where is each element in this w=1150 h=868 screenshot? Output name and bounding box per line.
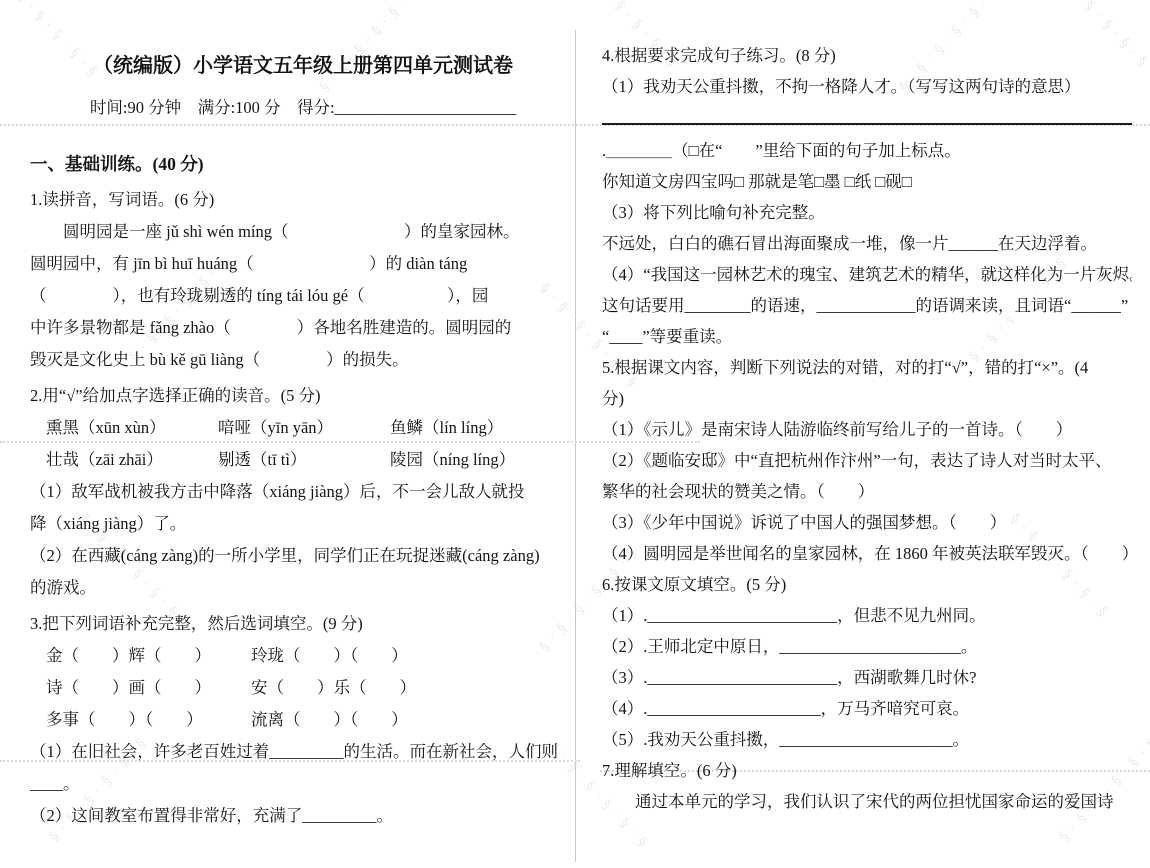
text-line: （1）《示儿》是南宋诗人陆游临终前写给儿子的一首诗。（ ） — [602, 414, 1132, 445]
q7-body: 通过本单元的学习，我们认识了宋代的两位担忧国家命运的爱国诗 — [602, 786, 1132, 817]
left-column: （统编版）小学语文五年级上册第四单元测试卷 时间:90 分钟 满分:100 分 … — [30, 44, 576, 832]
q5-body: 5.根据课文内容，判断下列说法的对错，对的打“√”，错的打“×”。(4分)（1）… — [602, 352, 1132, 569]
word-row: 金（ ）辉（ ）玲珑（ ）（ ） — [46, 640, 576, 672]
text-line: （2）.王师北定中原日，______________________。 — [602, 631, 1132, 662]
text-line: （4）圆明园是举世闻名的皇家园林，在 1860 年被英法联军毁灭。（ ） — [602, 538, 1132, 569]
text-line: 5.根据课文内容，判断下列说法的对错，对的打“√”，错的打“×”。(4 — [602, 352, 1132, 383]
text-line: （2）《题临安邸》中“直把杭州作汴州”一句，表达了诗人对当时太平、 — [602, 445, 1132, 476]
text-line: ____。 — [30, 768, 576, 800]
text-line: 圆明园是一座 jǔ shì wén míng（ ）的皇家园林。 — [30, 216, 576, 248]
text-line: （2）这间教室布置得非常好，充满了_________。 — [30, 800, 576, 832]
text-line: （1）._______________________，但悲不见九州同。 — [602, 600, 1132, 631]
text-line: 繁华的社会现状的赞美之情。（ ） — [602, 476, 1132, 507]
word-cell: 玲珑（ ）（ ） — [251, 640, 408, 672]
text-line: （1）在旧社会，许多老百姓过着_________的生活。而在新社会，人们则 — [30, 736, 576, 768]
text-line: （4）“我国这一园林艺术的瑰宝、建筑艺术的精华，就这样化为一片灰烬。” — [602, 259, 1132, 290]
exam-info-line: 时间:90 分钟 满分:100 分 得分:___________________… — [30, 88, 576, 128]
q3-word-rows: 金（ ）辉（ ）玲珑（ ）（ ）诗（ ）画（ ）安（ ）乐（ ）多事（ ）（ ）… — [30, 640, 576, 736]
right-column: 4.根据要求完成句子练习。(8 分) （1）我劝天公重抖擞，不拘一格降人才。（写… — [602, 40, 1132, 817]
q6-heading: 6.按课文原文填空。(5 分) — [602, 569, 1132, 600]
text-line: 圆明园中，有 jīn bì huī huáng（ ）的 diàn táng — [30, 248, 576, 280]
text-line: 分) — [602, 383, 1132, 414]
word-cell: 多事（ ）（ ） — [46, 704, 251, 736]
word-row: 熏黑（xūn xùn）喑哑（yīn yān）鱼鳞（lín líng） — [46, 412, 576, 444]
text-line: （1）我劝天公重抖擞，不拘一格降人才。（写写这两句诗的意思） — [602, 71, 1132, 102]
q2-heading: 2.用“√”给加点字选择正确的读音。(5 分) — [30, 380, 576, 412]
text-line: （3）《少年中国说》诉说了中国人的强国梦想。（ ） — [602, 507, 1132, 538]
answer-rule-line — [602, 102, 1132, 125]
word-cell: 喑哑（yīn yān） — [218, 412, 390, 444]
q6-body: （1）._______________________，但悲不见九州同。（2）.… — [602, 600, 1132, 755]
page-title: （统编版）小学语文五年级上册第四单元测试卷 — [30, 44, 576, 88]
word-cell: 金（ ）辉（ ） — [46, 640, 251, 672]
q1-body: 圆明园是一座 jǔ shì wén míng（ ）的皇家园林。圆明园中，有 jī… — [30, 216, 576, 376]
word-row: 壮哉（zāi zhāi）剔透（tī tì）陵园（níng líng） — [46, 444, 576, 476]
word-cell: 陵园（níng líng） — [390, 444, 515, 476]
text-line: 的游戏。 — [30, 572, 576, 604]
word-row: 多事（ ）（ ）流离（ ）（ ） — [46, 704, 576, 736]
q4-body: （1）我劝天公重抖擞，不拘一格降人才。（写写这两句诗的意思）.＿＿＿＿（□在“ … — [602, 71, 1132, 352]
text-line: 这句话要用________的语速，____________的语调来读，且词语“_… — [602, 290, 1132, 321]
q3-heading: 3.把下列词语补充完整，然后选词填空。(9 分) — [30, 608, 576, 640]
text-line: （1）敌军战机被我方击中降落（xiáng jiàng）后，不一会儿敌人就投 — [30, 476, 576, 508]
word-cell: 安（ ）乐（ ） — [251, 672, 416, 704]
text-line: 你知道文房四宝吗□ 那就是笔□墨 □纸 □砚□ — [602, 166, 1132, 197]
text-line: （5）.我劝天公重抖擞，_____________________。 — [602, 724, 1132, 755]
word-cell: 剔透（tī tì） — [218, 444, 390, 476]
q2-items: （1）敌军战机被我方击中降落（xiáng jiàng）后，不一会儿敌人就投降（x… — [30, 476, 576, 604]
text-line: 毁灭是文化史上 bù kě gū liàng（ ）的损失。 — [30, 344, 576, 376]
q3-items: （1）在旧社会，许多老百姓过着_________的生活。而在新社会，人们则___… — [30, 736, 576, 832]
text-line: （3）._______________________，西湖歌舞几时休? — [602, 662, 1132, 693]
text-line: “____”等要重读。 — [602, 321, 1132, 352]
text-line: （3）将下列比喻句补充完整。 — [602, 197, 1132, 228]
q7-heading: 7.理解填空。(6 分) — [602, 755, 1132, 786]
word-cell: 壮哉（zāi zhāi） — [46, 444, 218, 476]
text-line: （2）在西藏(cáng zàng)的一所小学里，同学们正在玩捉迷藏(cáng z… — [30, 540, 576, 572]
word-cell: 熏黑（xūn xùn） — [46, 412, 218, 444]
text-line: 通过本单元的学习，我们认识了宋代的两位担忧国家命运的爱国诗 — [602, 786, 1132, 817]
word-cell: 诗（ ）画（ ） — [46, 672, 251, 704]
text-line: 降（xiáng jiàng）了。 — [30, 508, 576, 540]
word-cell: 鱼鳞（lín líng） — [390, 412, 503, 444]
section-heading: 一、基础训练。(40 分) — [30, 146, 576, 182]
text-line: （ ），也有玲珑剔透的 tíng tái lóu gé（ ），园 — [30, 280, 576, 312]
text-line: 中许多景物都是 fǎng zhào（ ）各地名胜建造的。圆明园的 — [30, 312, 576, 344]
q4-heading: 4.根据要求完成句子练习。(8 分) — [602, 40, 1132, 71]
word-row: 诗（ ）画（ ）安（ ）乐（ ） — [46, 672, 576, 704]
text-line: （4）._____________________，万马齐喑究可哀。 — [602, 693, 1132, 724]
q1-heading: 1.读拼音，写词语。(6 分) — [30, 184, 576, 216]
text-line: 不远处，白白的礁石冒出海面聚成一堆，像一片______在天边浮着。 — [602, 228, 1132, 259]
word-cell: 流离（ ）（ ） — [251, 704, 408, 736]
q2-pinyin-rows: 熏黑（xūn xùn）喑哑（yīn yān）鱼鳞（lín líng）壮哉（zāi… — [30, 412, 576, 476]
text-line: .＿＿＿＿（□在“ ”里给下面的句子加上标点。 — [602, 135, 1132, 166]
